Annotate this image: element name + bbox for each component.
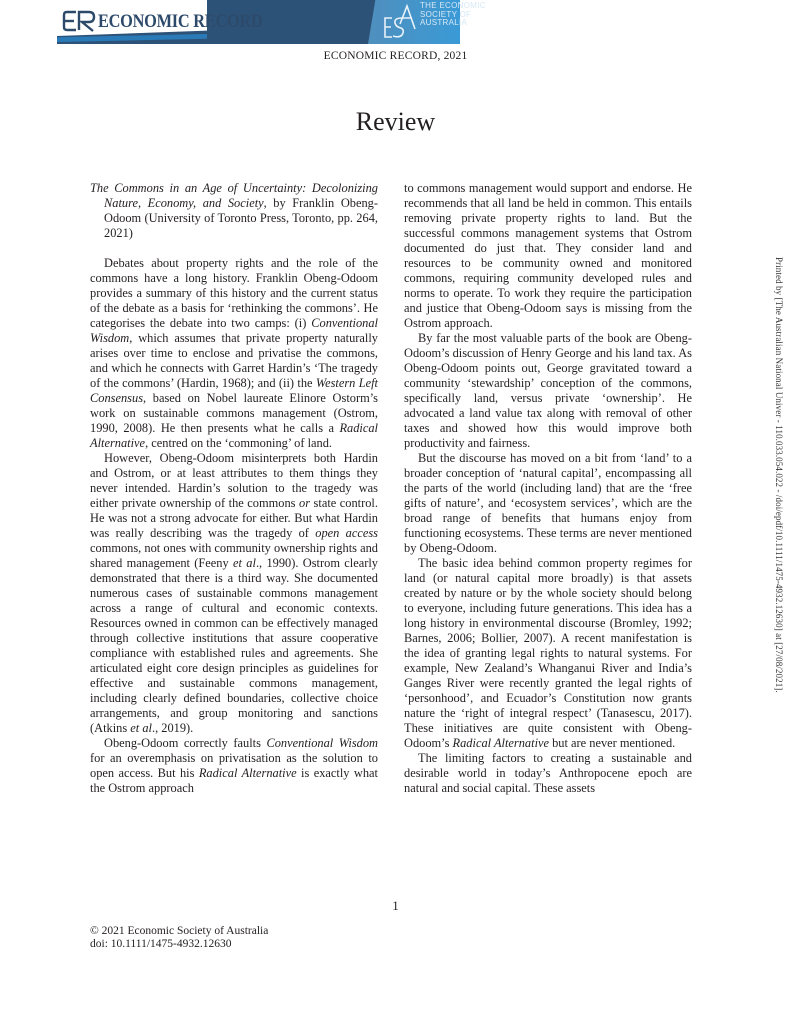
- left-column: The Commons in an Age of Uncertainty: De…: [90, 181, 378, 796]
- italic-term: Conventional Wisdom: [90, 316, 378, 345]
- journal-logo-text: ECONOMIC RECORD: [98, 11, 263, 33]
- paragraph: Debates about property rights and the ro…: [90, 256, 378, 451]
- paragraph: By far the most valuable parts of the bo…: [404, 331, 692, 451]
- italic-term: Radical Alternative: [90, 421, 378, 450]
- italic-term: Radical Alternative: [453, 736, 549, 750]
- esa-logo-icon: [382, 4, 416, 40]
- right-column: to commons management would support and …: [404, 181, 692, 796]
- society-name: THE ECONOMIC SOCIETY OF AUSTRALIA: [420, 2, 486, 28]
- footer: © 2021 Economic Society of Australia doi…: [90, 925, 268, 951]
- italic-term: et al: [130, 721, 152, 735]
- italic-term: Radical Alternative: [199, 766, 297, 780]
- copyright: © 2021 Economic Society of Australia: [90, 925, 268, 938]
- italic-term: Conventional Wisdom: [266, 736, 378, 750]
- doi: doi: 10.1111/1475-4932.12630: [90, 938, 268, 951]
- paragraph: Obeng-Odoom correctly faults Conventiona…: [90, 736, 378, 796]
- book-reference: The Commons in an Age of Uncertainty: De…: [90, 181, 378, 241]
- italic-term: et al: [233, 556, 256, 570]
- running-head: ECONOMIC RECORD, 2021: [0, 50, 791, 62]
- paragraph: However, Obeng-Odoom misinterprets both …: [90, 451, 378, 736]
- italic-term: or: [299, 496, 310, 510]
- paragraph: The basic idea behind common property re…: [404, 556, 692, 751]
- print-watermark-text: Printed by [The Australian National Univ…: [774, 257, 784, 693]
- left-paragraphs: Debates about property rights and the ro…: [90, 256, 378, 796]
- page-number: 1: [0, 898, 791, 914]
- italic-term: open access: [315, 526, 378, 540]
- italic-term: Western Left Consensus: [90, 376, 378, 405]
- print-watermark: Printed by [The Australian National Univ…: [772, 257, 786, 737]
- paragraph: to commons management would support and …: [404, 181, 692, 331]
- economic-record-logo-icon: [62, 9, 96, 33]
- paragraph: The limiting factors to creating a susta…: [404, 751, 692, 796]
- right-paragraphs: to commons management would support and …: [404, 181, 692, 796]
- society-name-line: AUSTRALIA: [420, 19, 486, 28]
- paragraph: But the discourse has moved on a bit fro…: [404, 451, 692, 556]
- section-title: Review: [0, 107, 791, 137]
